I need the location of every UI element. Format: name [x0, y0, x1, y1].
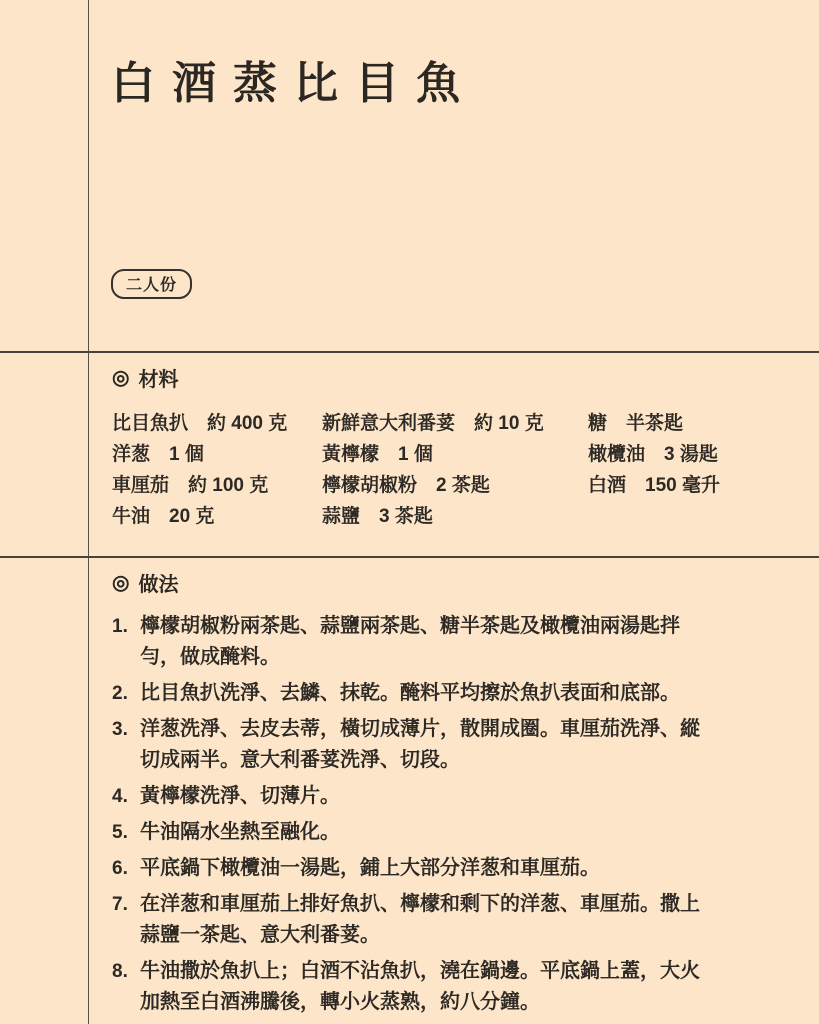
method-step-3: 3. 洋葱洗淨、去皮去蒂，橫切成薄片，散開成圈。車厘茄洗淨、縱切成兩半。意大利番…: [112, 714, 792, 776]
ingredients-column-3: 糖 半茶匙 橄欖油 3 湯匙 白酒 150 毫升: [588, 408, 720, 501]
ingredients-column-2: 新鮮意大利番荽 約 10 克 黃檸檬 1 個 檸檬胡椒粉 2 茶匙 蒜鹽 3 茶…: [322, 408, 544, 532]
ingredient-item: 橄欖油 3 湯匙: [588, 439, 720, 470]
method-heading: ◎ 做法: [112, 568, 792, 597]
bullseye-icon: ◎: [112, 573, 129, 593]
left-margin-rule: [88, 0, 89, 1024]
ingredient-item: 蒜鹽 3 茶匙: [322, 501, 544, 532]
ingredient-item: 糖 半茶匙: [588, 408, 720, 439]
ingredients-columns: 比目魚扒 約 400 克 洋葱 1 個 車厘茄 約 100 克 牛油 20 克 …: [112, 408, 799, 538]
method-section: ◎ 做法 1. 檸檬胡椒粉兩茶匙、蒜鹽兩茶匙、糖半茶匙及橄欖油兩湯匙拌勻，做成醃…: [112, 568, 792, 1023]
step-text: 在洋葱和車厘茄上排好魚扒、檸檬和剩下的洋葱、車厘茄。撒上蒜鹽一茶匙、意大利番荽。: [140, 889, 706, 951]
bullseye-icon: ◎: [112, 368, 129, 388]
ingredients-divider-rule: [0, 351, 819, 353]
step-number: 4.: [112, 781, 140, 812]
ingredient-item: 新鮮意大利番荽 約 10 克: [322, 408, 544, 439]
step-number: 8.: [112, 956, 140, 1018]
method-step-8: 8. 牛油撒於魚扒上；白酒不沾魚扒，澆在鍋邊。平底鍋上蓋，大火加熱至白酒沸騰後，…: [112, 956, 792, 1018]
method-step-1: 1. 檸檬胡椒粉兩茶匙、蒜鹽兩茶匙、糖半茶匙及橄欖油兩湯匙拌勻，做成醃料。: [112, 611, 792, 673]
servings-badge: 二人份: [111, 269, 192, 299]
step-number: 3.: [112, 714, 140, 776]
step-text: 洋葱洗淨、去皮去蒂，橫切成薄片，散開成圈。車厘茄洗淨、縱切成兩半。意大利番荽洗淨…: [140, 714, 706, 776]
page-title: 白酒蒸比目魚: [111, 47, 477, 111]
method-divider-rule: [0, 556, 819, 558]
method-steps: 1. 檸檬胡椒粉兩茶匙、蒜鹽兩茶匙、糖半茶匙及橄欖油兩湯匙拌勻，做成醃料。 2.…: [112, 611, 792, 1018]
step-number: 5.: [112, 817, 140, 848]
ingredients-section: ◎ 材料 比目魚扒 約 400 克 洋葱 1 個 車厘茄 約 100 克 牛油 …: [112, 363, 799, 538]
method-heading-label: 做法: [138, 568, 178, 597]
step-text: 平底鍋下橄欖油一湯匙，鋪上大部分洋葱和車厘茄。: [140, 853, 706, 884]
ingredients-heading: ◎ 材料: [112, 363, 799, 392]
ingredient-item: 檸檬胡椒粉 2 茶匙: [322, 470, 544, 501]
step-number: 6.: [112, 853, 140, 884]
step-text: 牛油撒於魚扒上；白酒不沾魚扒，澆在鍋邊。平底鍋上蓋，大火加熱至白酒沸騰後，轉小火…: [140, 956, 706, 1018]
step-number: 2.: [112, 678, 140, 709]
step-text: 黃檸檬洗淨、切薄片。: [140, 781, 706, 812]
method-step-2: 2. 比目魚扒洗淨、去鱗、抹乾。醃料平均擦於魚扒表面和底部。: [112, 678, 792, 709]
ingredient-item: 洋葱 1 個: [112, 439, 287, 470]
ingredient-item: 牛油 20 克: [112, 501, 287, 532]
method-step-4: 4. 黃檸檬洗淨、切薄片。: [112, 781, 792, 812]
method-step-7: 7. 在洋葱和車厘茄上排好魚扒、檸檬和剩下的洋葱、車厘茄。撒上蒜鹽一茶匙、意大利…: [112, 889, 792, 951]
ingredient-item: 白酒 150 毫升: [588, 470, 720, 501]
ingredient-item: 黃檸檬 1 個: [322, 439, 544, 470]
step-text: 牛油隔水坐熱至融化。: [140, 817, 706, 848]
ingredients-column-1: 比目魚扒 約 400 克 洋葱 1 個 車厘茄 約 100 克 牛油 20 克: [112, 408, 287, 532]
step-text: 檸檬胡椒粉兩茶匙、蒜鹽兩茶匙、糖半茶匙及橄欖油兩湯匙拌勻，做成醃料。: [140, 611, 706, 673]
step-number: 1.: [112, 611, 140, 673]
step-text: 比目魚扒洗淨、去鱗、抹乾。醃料平均擦於魚扒表面和底部。: [140, 678, 706, 709]
ingredient-item: 車厘茄 約 100 克: [112, 470, 287, 501]
ingredients-heading-label: 材料: [138, 363, 178, 392]
method-step-6: 6. 平底鍋下橄欖油一湯匙，鋪上大部分洋葱和車厘茄。: [112, 853, 792, 884]
step-number: 7.: [112, 889, 140, 951]
ingredient-item: 比目魚扒 約 400 克: [112, 408, 287, 439]
method-step-5: 5. 牛油隔水坐熱至融化。: [112, 817, 792, 848]
